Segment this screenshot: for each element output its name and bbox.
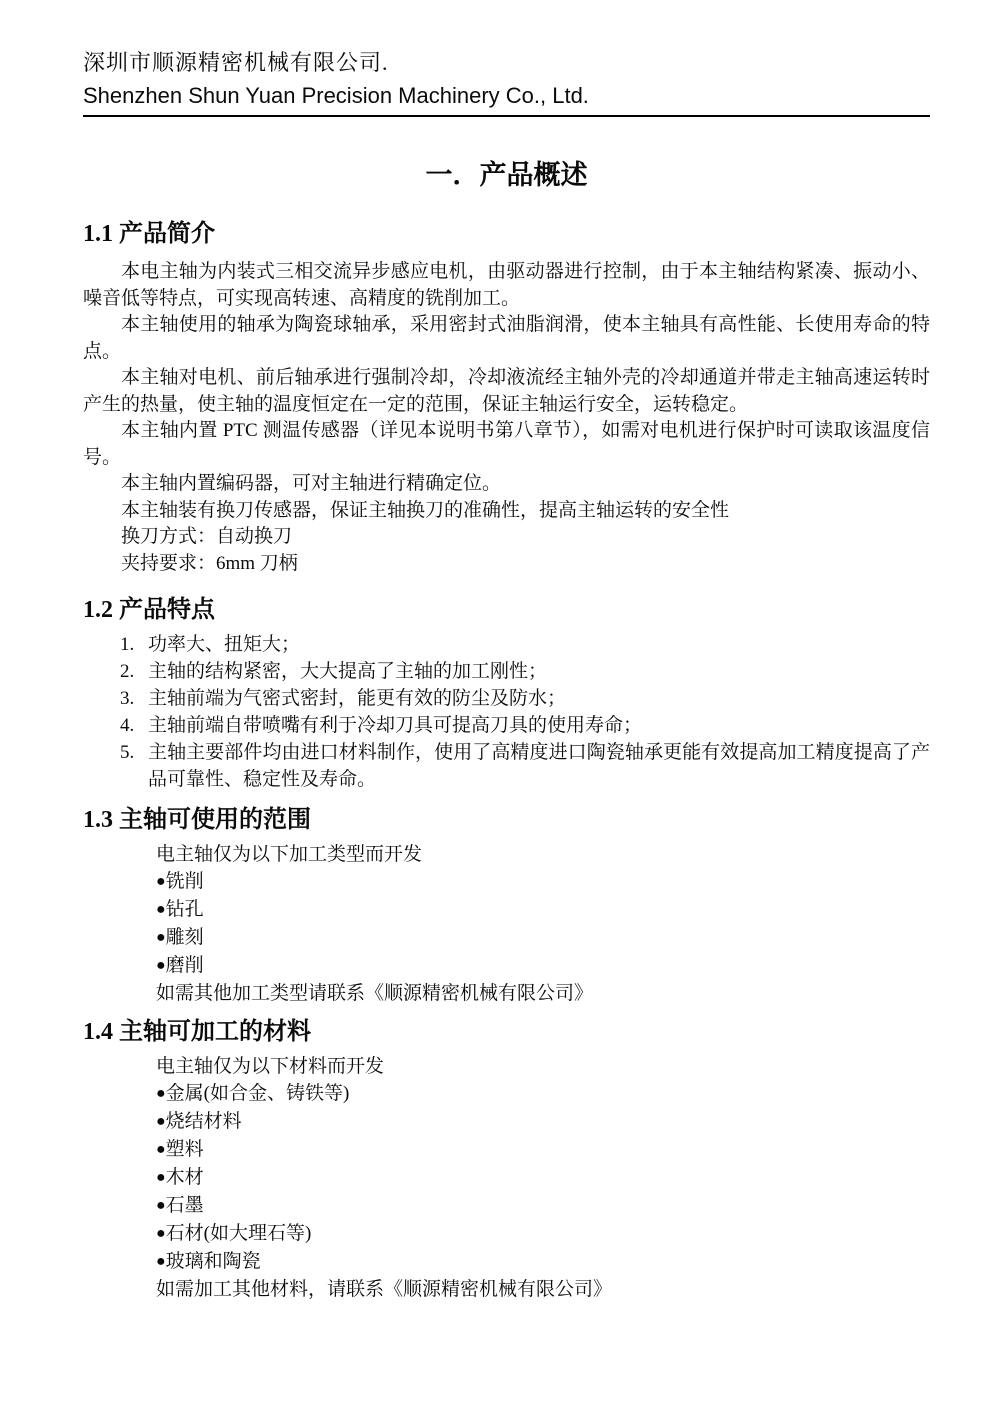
bullet-icon: ● [156,952,166,979]
bullet-label: 钻孔 [166,896,204,923]
section-1-3: 1.3 主轴可使用的范围 电主轴仅为以下加工类型而开发 ● 铣削 ● 钻孔 ● … [83,803,930,1007]
item-text: 主轴的结构紧密，大大提高了主轴的加工刚性； [148,658,930,685]
item-number: 4. [120,712,148,739]
bullet-item: ● 塑料 [156,1136,930,1164]
item-number: 2. [120,658,148,685]
bullet-label: 石材(如大理石等) [166,1220,312,1247]
list-item: 1. 功率大、扭矩大； [120,631,930,658]
bullet-item: ● 铣削 [156,868,930,896]
bullet-icon: ● [156,1080,166,1107]
page-header: 深圳市顺源精密机械有限公司. Shenzhen Shun Yuan Precis… [83,46,930,117]
bullet-item: ● 石墨 [156,1192,930,1220]
bullet-icon: ● [156,1248,166,1275]
paragraph: 本主轴对电机、前后轴承进行强制冷却，冷却液流经主轴外壳的冷却通道并带走主轴高速运… [83,365,930,418]
page-title: 一．产品概述 [83,157,930,193]
bullet-label: 铣削 [166,868,204,895]
bullet-label: 雕刻 [166,924,204,951]
bullet-label: 磨削 [166,952,204,979]
list-item: 4. 主轴前端自带喷嘴有利于冷却刀具可提高刀具的使用寿命； [120,712,930,739]
section-1-4: 1.4 主轴可加工的材料 电主轴仅为以下材料而开发 ● 金属(如合金、铸铁等) … [83,1015,930,1303]
outro-line: 如需加工其他材料，请联系《顺源精密机械有限公司》 [156,1276,930,1303]
paragraph: 本主轴内置编码器，可对主轴进行精确定位。 [83,471,930,498]
section-1-4-heading: 1.4 主轴可加工的材料 [83,1015,930,1049]
outro-line: 如需其他加工类型请联系《顺源精密机械有限公司》 [156,980,930,1007]
paragraph: 本主轴装有换刀传感器，保证主轴换刀的准确性，提高主轴运转的安全性 [83,498,930,525]
bullet-icon: ● [156,1136,166,1163]
bullet-item: ● 雕刻 [156,924,930,952]
list-item: 2. 主轴的结构紧密，大大提高了主轴的加工刚性； [120,658,930,685]
company-name-en: Shenzhen Shun Yuan Precision Machinery C… [83,80,930,112]
section-1-2-heading: 1.2 产品特点 [83,593,930,627]
section-1-1-heading: 1.1 产品简介 [83,217,930,251]
item-text: 主轴主要部件均由进口材料制作，使用了高精度进口陶瓷轴承更能有效提高加工精度提高了… [148,739,930,793]
paragraph: 本主轴内置 PTC 测温传感器（详见本说明书第八章节），如需对电机进行保护时可读… [83,418,930,471]
bullet-item: ● 钻孔 [156,896,930,924]
company-name-cn: 深圳市顺源精密机械有限公司. [83,46,930,80]
list-item: 5. 主轴主要部件均由进口材料制作，使用了高精度进口陶瓷轴承更能有效提高加工精度… [120,739,930,793]
header-divider [83,115,930,117]
item-text: 主轴前端自带喷嘴有利于冷却刀具可提高刀具的使用寿命； [148,712,930,739]
intro-line: 电主轴仅为以下材料而开发 [156,1053,930,1080]
paragraph: 本电主轴为内装式三相交流异步感应电机，由驱动器进行控制，由于本主轴结构紧凑、振动… [83,259,930,312]
paragraph: 夹持要求：6mm 刀柄 [83,551,930,578]
bullet-label: 金属(如合金、铸铁等) [166,1080,350,1107]
section-1-3-heading: 1.3 主轴可使用的范围 [83,803,930,837]
bullet-icon: ● [156,868,166,895]
bullet-item: ● 金属(如合金、铸铁等) [156,1080,930,1108]
bullet-label: 烧结材料 [166,1108,242,1135]
bullet-icon: ● [156,1192,166,1219]
section-1-3-body: 电主轴仅为以下加工类型而开发 ● 铣削 ● 钻孔 ● 雕刻 ● 磨削 如需其他加… [156,841,930,1007]
numbered-list: 1. 功率大、扭矩大； 2. 主轴的结构紧密，大大提高了主轴的加工刚性； 3. … [120,631,930,793]
bullet-label: 塑料 [166,1136,204,1163]
item-number: 3. [120,685,148,712]
bullet-item: ● 烧结材料 [156,1108,930,1136]
item-text: 主轴前端为气密式密封，能更有效的防尘及防水； [148,685,930,712]
bullet-icon: ● [156,924,166,951]
bullet-label: 石墨 [166,1192,204,1219]
item-text: 功率大、扭矩大； [148,631,930,658]
section-1-1-body: 本电主轴为内装式三相交流异步感应电机，由驱动器进行控制，由于本主轴结构紧凑、振动… [83,259,930,577]
bullet-label: 玻璃和陶瓷 [166,1248,261,1275]
bullet-item: ● 木材 [156,1164,930,1192]
bullet-item: ● 石材(如大理石等) [156,1220,930,1248]
section-1-1: 1.1 产品简介 本电主轴为内装式三相交流异步感应电机，由驱动器进行控制，由于本… [83,217,930,577]
bullet-icon: ● [156,896,166,923]
bullet-icon: ● [156,1220,166,1247]
list-item: 3. 主轴前端为气密式密封，能更有效的防尘及防水； [120,685,930,712]
section-1-2: 1.2 产品特点 1. 功率大、扭矩大； 2. 主轴的结构紧密，大大提高了主轴的… [83,593,930,793]
intro-line: 电主轴仅为以下加工类型而开发 [156,841,930,868]
bullet-label: 木材 [166,1164,204,1191]
bullet-icon: ● [156,1108,166,1135]
item-number: 5. [120,739,148,766]
bullet-item: ● 磨削 [156,952,930,980]
bullet-item: ● 玻璃和陶瓷 [156,1248,930,1276]
item-number: 1. [120,631,148,658]
bullet-icon: ● [156,1164,166,1191]
paragraph: 换刀方式：自动换刀 [83,524,930,551]
paragraph: 本主轴使用的轴承为陶瓷球轴承，采用密封式油脂润滑，使本主轴具有高性能、长使用寿命… [83,312,930,365]
document-page: 深圳市顺源精密机械有限公司. Shenzhen Shun Yuan Precis… [0,0,1000,1414]
section-1-4-body: 电主轴仅为以下材料而开发 ● 金属(如合金、铸铁等) ● 烧结材料 ● 塑料 ●… [156,1053,930,1303]
